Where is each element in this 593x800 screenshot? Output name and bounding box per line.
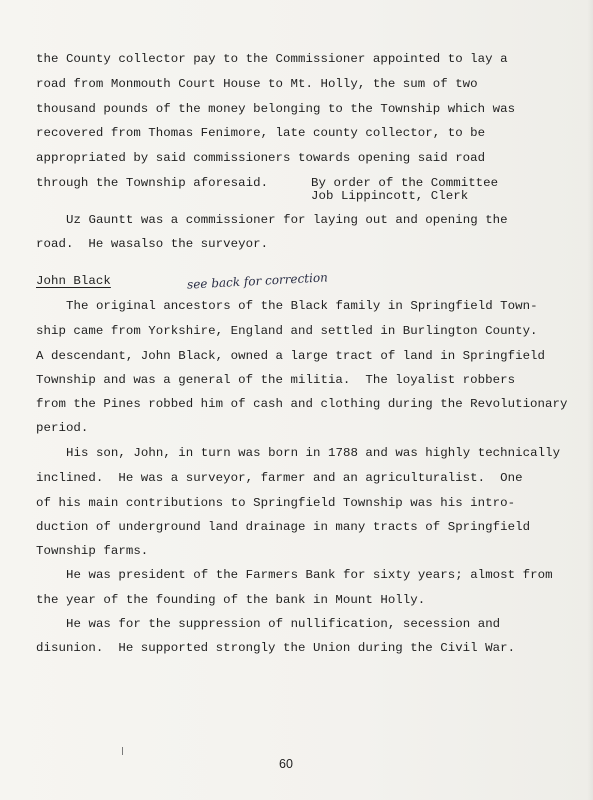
text-line: His son, John, in turn was born in 1788 … <box>66 446 560 460</box>
text-line: He was for the suppression of nullificat… <box>66 617 500 631</box>
text-line: period. <box>36 421 88 435</box>
section-heading: John Black <box>36 274 111 288</box>
text-line: the County collector pay to the Commissi… <box>36 52 508 66</box>
text-line: the year of the founding of the bank in … <box>36 593 425 607</box>
text-line: A descendant, John Black, owned a large … <box>36 349 545 363</box>
text-line: of his main contributions to Springfield… <box>36 496 515 510</box>
signature-line: By order of the Committee <box>311 176 498 190</box>
text-line: He was president of the Farmers Bank for… <box>66 568 553 582</box>
text-line: inclined. He was a surveyor, farmer and … <box>36 471 523 485</box>
text-line: Uz Gauntt was a commissioner for laying … <box>66 213 508 227</box>
text-line: thousand pounds of the money belonging t… <box>36 102 515 116</box>
text-line: Township and was a general of the militi… <box>36 373 515 387</box>
text-line: road from Monmouth Court House to Mt. Ho… <box>36 77 478 91</box>
text-line: The original ancestors of the Black fami… <box>66 299 538 313</box>
text-line: from the Pines robbed him of cash and cl… <box>36 397 567 411</box>
pencil-mark <box>122 747 123 755</box>
handwritten-annotation: see back for correction <box>187 270 328 291</box>
text-line: duction of underground land drainage in … <box>36 520 530 534</box>
document-page: the County collector pay to the Commissi… <box>0 0 593 800</box>
text-line: ship came from Yorkshire, England and se… <box>36 324 538 338</box>
page-number: 60 <box>279 757 293 771</box>
text-line: road. He wasalso the surveyor. <box>36 237 268 251</box>
text-line: through the Township aforesaid. <box>36 176 268 190</box>
text-line: recovered from Thomas Fenimore, late cou… <box>36 126 485 140</box>
text-line: Township farms. <box>36 544 148 558</box>
page-edge-shadow <box>587 0 593 800</box>
text-line: disunion. He supported strongly the Unio… <box>36 641 515 655</box>
text-line: appropriated by said commissioners towar… <box>36 151 485 165</box>
signature-clerk: Job Lippincott, Clerk <box>311 189 468 203</box>
